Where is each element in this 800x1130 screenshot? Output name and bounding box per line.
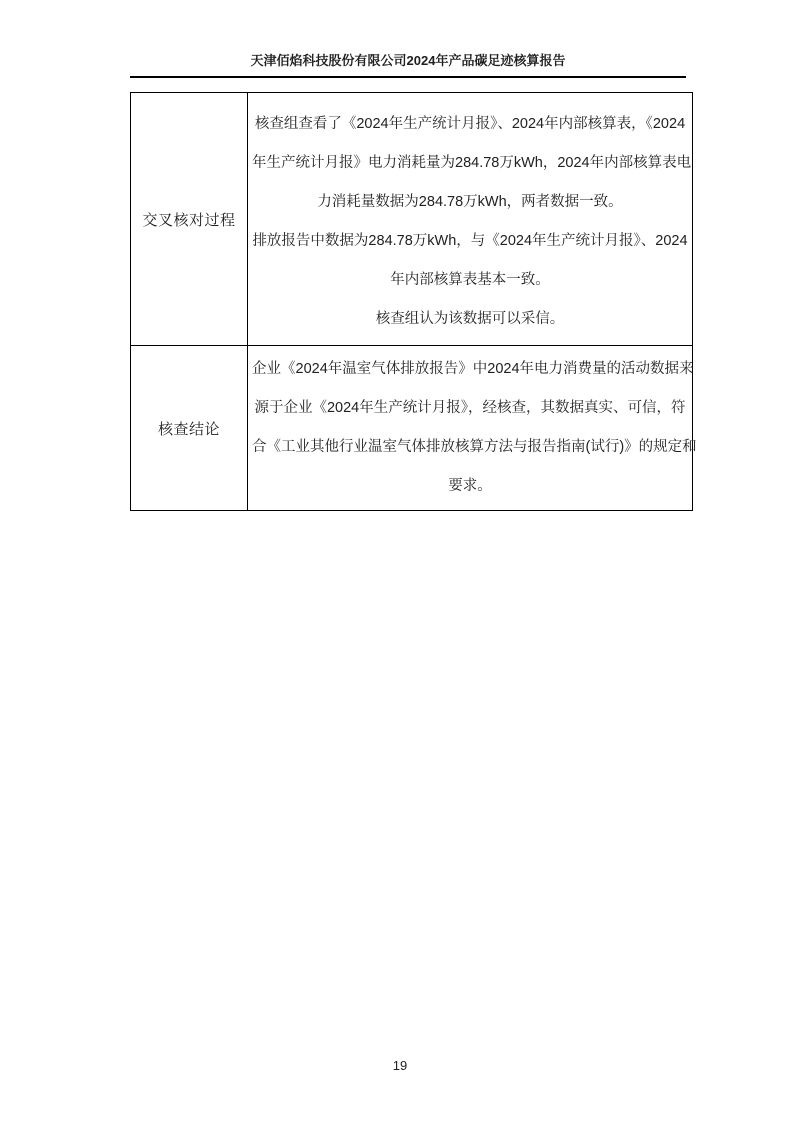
page-header: 天津佰焰科技股份有限公司2024年产品碳足迹核算报告 [130,50,686,78]
content-line: 企业《2024年温室气体排放报告》中2024年电力消费量的活动数据来 [252,350,688,389]
page-header-title: 天津佰焰科技股份有限公司2024年产品碳足迹核算报告 [251,53,566,68]
cross-check-text-block: 核查组查看了《2024年生产统计月报》、2024年内部核算表，《2024 年生产… [248,93,692,339]
content-line: 要求。 [252,467,688,506]
document-page: 天津佰焰科技股份有限公司2024年产品碳足迹核算报告 交叉核对过程 核查组查看了… [0,0,800,1130]
content-line: 合《工业其他行业温室气体排放核算方法与报告指南(试行)》的规定和 [252,428,688,467]
row-label-verification-conclusion: 核查结论 [131,346,248,511]
page-number: 19 [0,1058,800,1073]
content-line: 力消耗量数据为284.78万kWh，两者数据一致。 [252,183,688,222]
content-line: 排放报告中数据为284.78万kWh，与《2024年生产统计月报》、2024 [252,222,688,261]
content-line: 年生产统计月报》电力消耗量为284.78万kWh，2024年内部核算表电 [252,144,688,183]
cell-conclusion-content: 企业《2024年温室气体排放报告》中2024年电力消费量的活动数据来 源于企业《… [248,346,693,511]
content-line: 源于企业《2024年生产统计月报》，经核查，其数据真实、可信，符 [252,389,688,428]
verification-table: 交叉核对过程 核查组查看了《2024年生产统计月报》、2024年内部核算表，《2… [130,92,693,511]
table-row-conclusion: 核查结论 企业《2024年温室气体排放报告》中2024年电力消费量的活动数据来 … [131,346,693,511]
content-line: 年内部核算表基本一致。 [252,261,688,300]
cell-cross-check-content: 核查组查看了《2024年生产统计月报》、2024年内部核算表，《2024 年生产… [248,93,693,346]
row-label-cross-check-process: 交叉核对过程 [131,93,248,346]
content-line: 核查组查看了《2024年生产统计月报》、2024年内部核算表，《2024 [252,105,688,144]
table-row-cross-check: 交叉核对过程 核查组查看了《2024年生产统计月报》、2024年内部核算表，《2… [131,93,693,346]
content-line: 核查组认为该数据可以采信。 [252,300,688,339]
conclusion-text-block: 企业《2024年温室气体排放报告》中2024年电力消费量的活动数据来 源于企业《… [248,346,692,506]
